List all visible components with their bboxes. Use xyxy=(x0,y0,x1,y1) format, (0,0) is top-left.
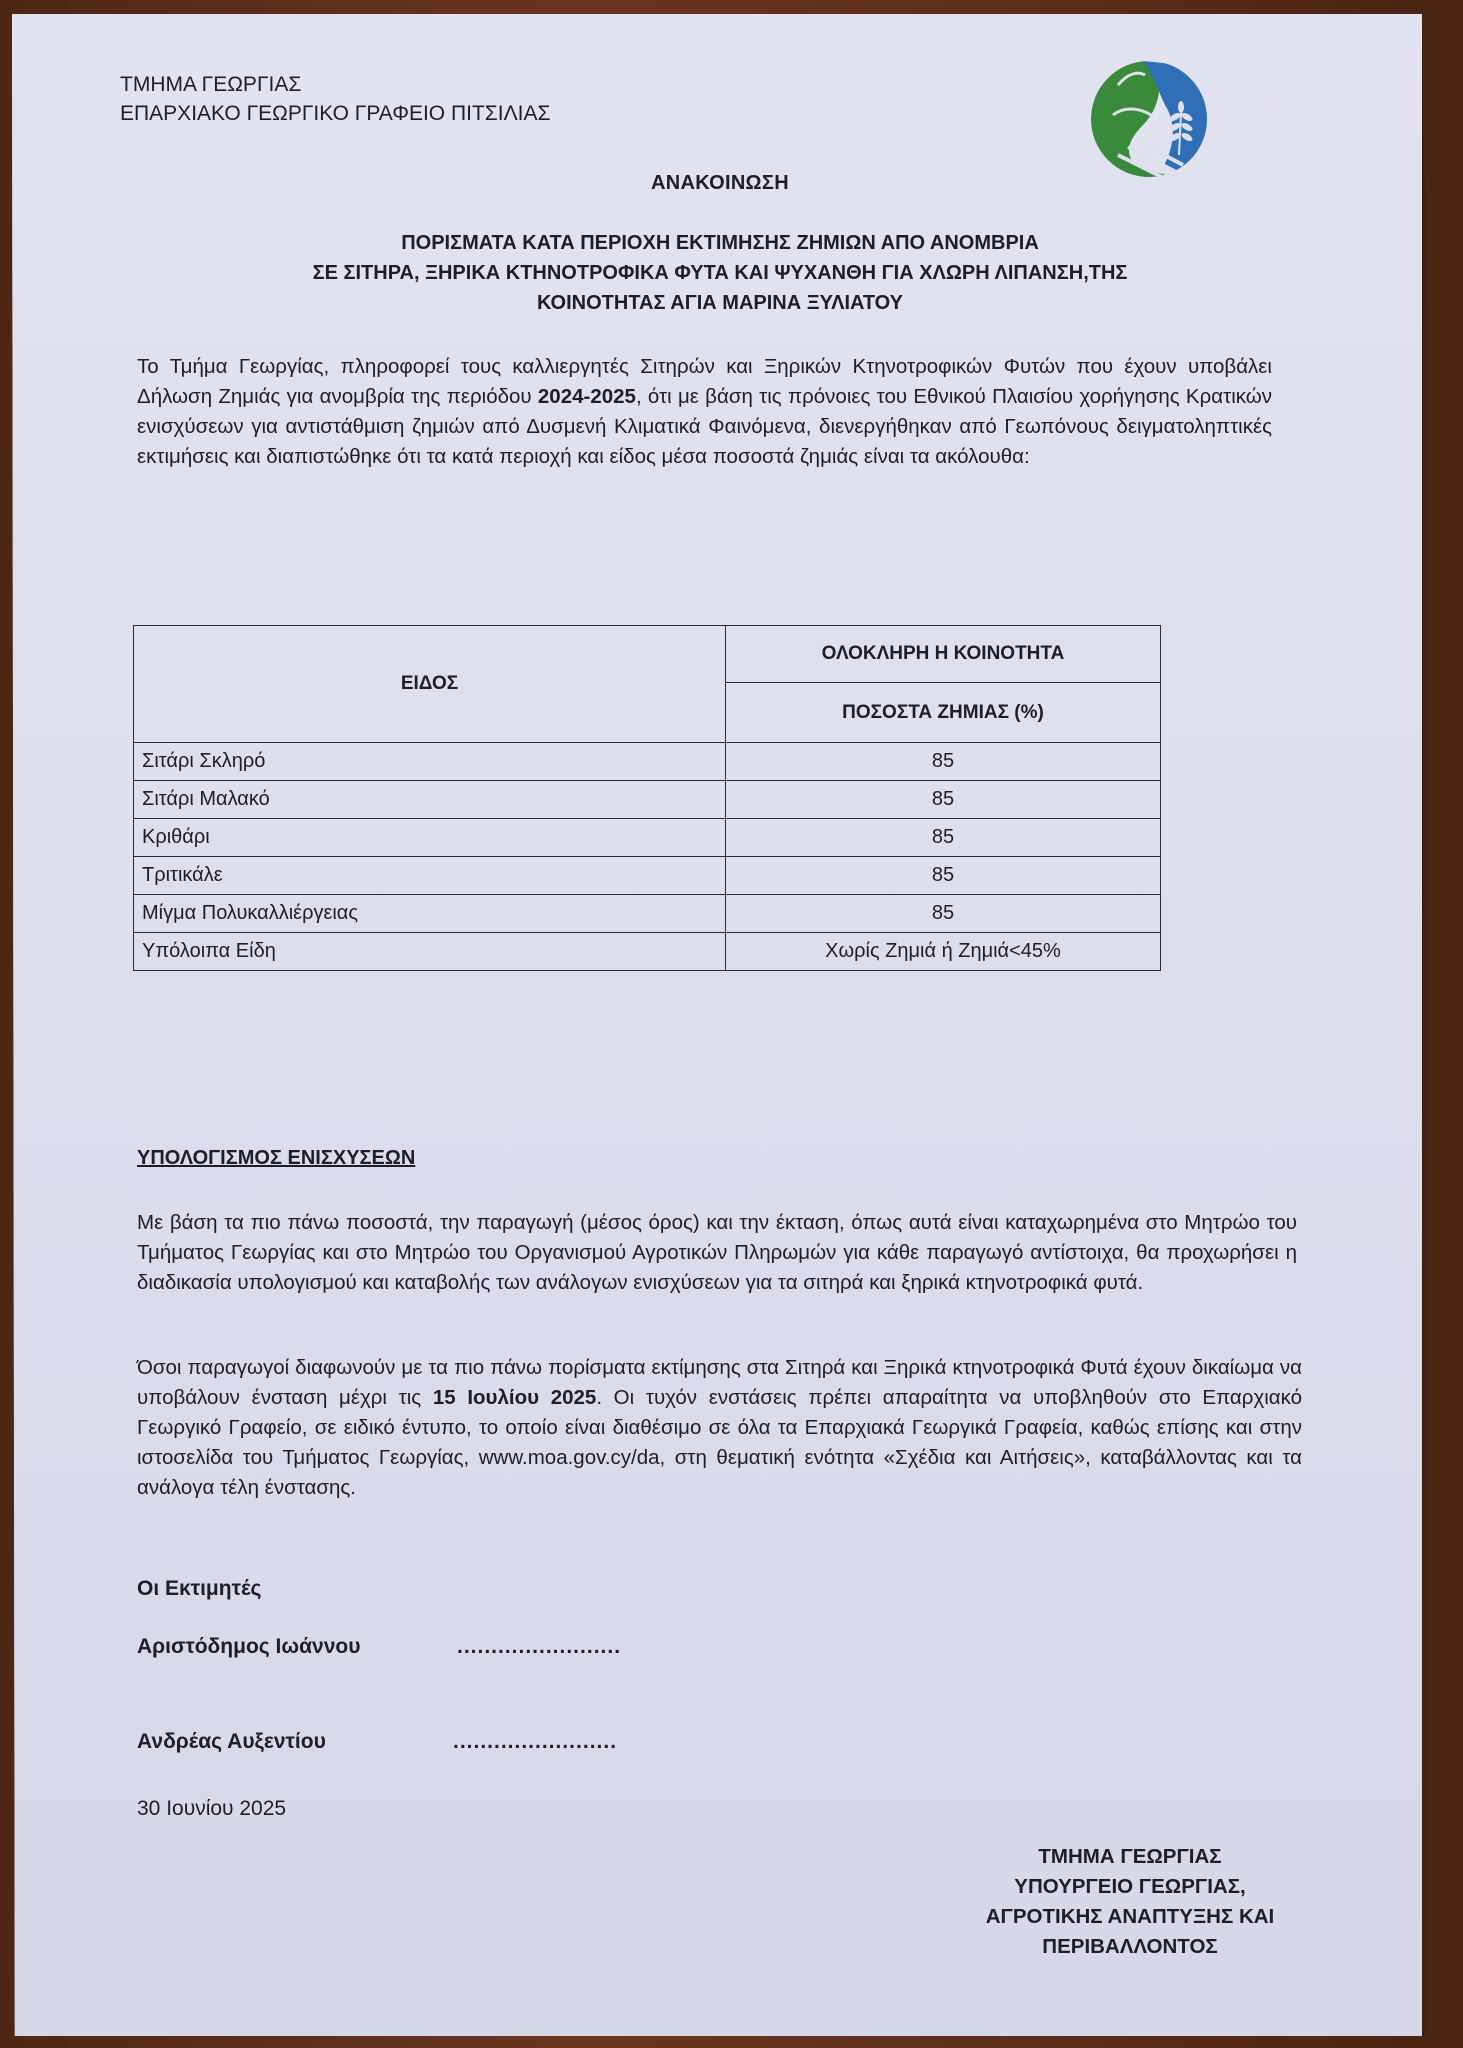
crop-type-cell: Μίγμα Πολυκαλλιέργειας xyxy=(134,895,726,933)
damage-value-cell: Χωρίς Ζημιά ή Ζημιά<45% xyxy=(726,933,1161,971)
document-date: 30 Ιουνίου 2025 xyxy=(137,1797,286,1821)
assessor-signature-row: Ανδρέας Αυξεντίου.......................… xyxy=(137,1730,617,1754)
crop-type-cell: Σιτάρι Σκληρό xyxy=(134,743,726,781)
ministry-agriculture-logo-icon xyxy=(1083,55,1233,185)
deadline-highlight: 15 Ιουλίου 2025 xyxy=(433,1386,596,1409)
damage-value-cell: 85 xyxy=(726,819,1161,857)
table-row: Υπόλοιπα Είδη Χωρίς Ζημιά ή Ζημιά<45% xyxy=(134,933,1161,971)
damage-value-cell: 85 xyxy=(726,857,1161,895)
department-name: ΤΜΗΜΑ ΓΕΩΡΓΙΑΣ xyxy=(120,70,550,99)
announcement-label: ΑΝΑΚΟΙΝΩΣΗ xyxy=(0,172,1440,195)
website-link[interactable]: www.moa.gov.cy/da xyxy=(479,1446,660,1469)
document-title: ΠΟΡΙΣΜΑΤΑ ΚΑΤΑ ΠΕΡΙΟΧΗ ΕΚΤΙΜΗΣΗΣ ΖΗΜΙΩΝ … xyxy=(0,228,1440,318)
crop-type-cell: Υπόλοιπα Είδη xyxy=(134,933,726,971)
document-content: ΤΜΗΜΑ ΓΕΩΡΓΙΑΣ ΕΠΑΡΧΙΑΚΟ ΓΕΩΡΓΙΚΟ ΓΡΑΦΕΙ… xyxy=(0,0,1463,2048)
damage-value-cell: 85 xyxy=(726,781,1161,819)
column-header-community: ΟΛΟΚΛΗΡΗ Η ΚΟΙΝΟΤΗΤΑ xyxy=(726,626,1161,683)
calculation-paragraph: Με βάση τα πιο πάνω ποσοστά, την παραγωγ… xyxy=(137,1208,1297,1298)
title-line: ΚΟΙΝΟΤΗΤΑΣ ΑΓΙΑ ΜΑΡΙΝΑ ΞΥΛΙΑΤΟΥ xyxy=(0,288,1440,318)
org-line: ΠΕΡΙΒΑΛΛΟΝΤΟΣ xyxy=(960,1932,1300,1962)
period-highlight: 2024-2025 xyxy=(538,385,636,408)
title-line: ΠΟΡΙΣΜΑΤΑ ΚΑΤΑ ΠΕΡΙΟΧΗ ΕΚΤΙΜΗΣΗΣ ΖΗΜΙΩΝ … xyxy=(0,228,1440,258)
table-row: Σιτάρι Σκληρό 85 xyxy=(134,743,1161,781)
damage-value-cell: 85 xyxy=(726,895,1161,933)
letterhead: ΤΜΗΜΑ ΓΕΩΡΓΙΑΣ ΕΠΑΡΧΙΑΚΟ ΓΕΩΡΓΙΚΟ ΓΡΑΦΕΙ… xyxy=(120,70,550,128)
office-name: ΕΠΑΡΧΙΑΚΟ ΓΕΩΡΓΙΚΟ ΓΡΑΦΕΙΟ ΠΙΤΣΙΛΙΑΣ xyxy=(120,99,550,128)
crop-type-cell: Σιτάρι Μαλακό xyxy=(134,781,726,819)
assessors-title: Οι Εκτιμητές xyxy=(137,1577,261,1601)
assessor-name: Ανδρέας Αυξεντίου xyxy=(137,1730,453,1754)
column-header-damage-percent: ΠΟΣΟΣΤΑ ΖΗΜΙΑΣ (%) xyxy=(726,683,1161,743)
assessor-name: Αριστόδημος Ιωάννου xyxy=(137,1635,457,1659)
column-header-type: ΕΙΔΟΣ xyxy=(134,626,726,743)
signature-line: ........................ xyxy=(453,1730,617,1754)
damage-table: ΕΙΔΟΣ ΟΛΟΚΛΗΡΗ Η ΚΟΙΝΟΤΗΤΑ ΠΟΣΟΣΤΑ ΖΗΜΙΑ… xyxy=(133,625,1161,971)
table-row: Κριθάρι 85 xyxy=(134,819,1161,857)
org-line: ΤΜΗΜΑ ΓΕΩΡΓΙΑΣ xyxy=(960,1842,1300,1872)
table-header-row: ΕΙΔΟΣ ΟΛΟΚΛΗΡΗ Η ΚΟΙΝΟΤΗΤΑ xyxy=(134,626,1161,683)
table-row: Σιτάρι Μαλακό 85 xyxy=(134,781,1161,819)
table-row: Μίγμα Πολυκαλλιέργειας 85 xyxy=(134,895,1161,933)
title-line: ΣΕ ΣΙΤΗΡΑ, ΞΗΡΙΚΑ ΚΤΗΝΟΤΡΟΦΙΚΑ ΦΥΤΑ ΚΑΙ … xyxy=(0,258,1440,288)
intro-paragraph: Το Τμήμα Γεωργίας, πληροφορεί τους καλλι… xyxy=(137,352,1272,472)
objection-paragraph: Όσοι παραγωγοί διαφωνούν με τα πιο πάνω … xyxy=(137,1353,1302,1503)
damage-value-cell: 85 xyxy=(726,743,1161,781)
table-row: Τριτικάλε 85 xyxy=(134,857,1161,895)
org-line: ΥΠΟΥΡΓΕΙΟ ΓΕΩΡΓΙΑΣ, xyxy=(960,1872,1300,1902)
crop-type-cell: Τριτικάλε xyxy=(134,857,726,895)
calculation-heading: ΥΠΟΛΟΓΙΣΜΟΣ ΕΝΙΣΧΥΣΕΩΝ xyxy=(137,1147,415,1170)
signature-line: ........................ xyxy=(457,1635,621,1659)
issuing-organization: ΤΜΗΜΑ ΓΕΩΡΓΙΑΣ ΥΠΟΥΡΓΕΙΟ ΓΕΩΡΓΙΑΣ, ΑΓΡΟΤ… xyxy=(960,1842,1300,1962)
crop-type-cell: Κριθάρι xyxy=(134,819,726,857)
org-line: ΑΓΡΟΤΙΚΗΣ ΑΝΑΠΤΥΞΗΣ ΚΑΙ xyxy=(960,1902,1300,1932)
assessor-signature-row: Αριστόδημος Ιωάννου.....................… xyxy=(137,1635,621,1659)
